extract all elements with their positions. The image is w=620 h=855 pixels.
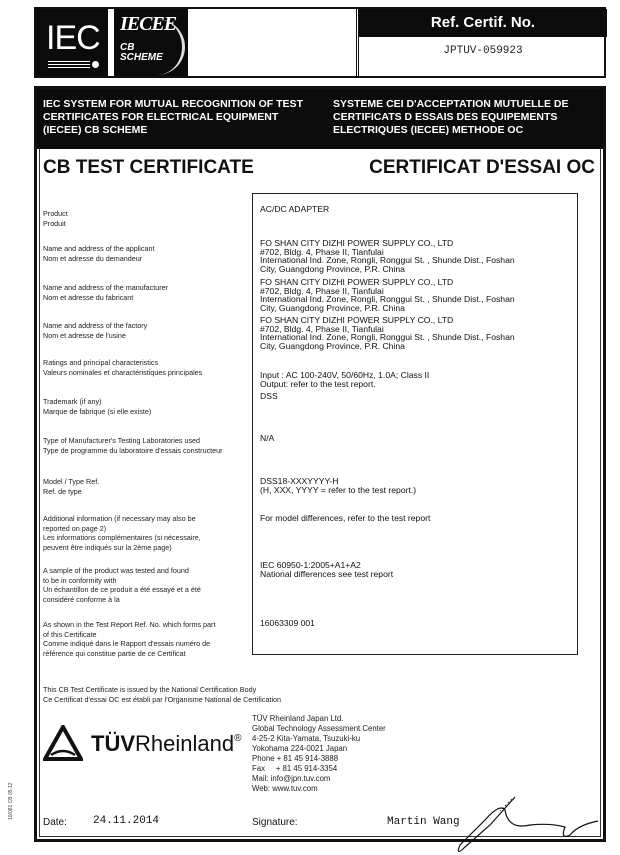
field-value-line: National differences see test report [260, 570, 570, 579]
field-label-line: Name and address of the factory [43, 321, 253, 331]
field-value: FO SHAN CITY DIZHI POWER SUPPLY CO., LTD… [260, 278, 570, 312]
iec-logo-text: IEC [46, 19, 100, 58]
field-label: Name and address of the applicantNom et … [43, 244, 253, 263]
field-label-line: Les informations complémentaires (si néc… [43, 533, 253, 543]
address-line: Fax + 81 45 914-3354 [252, 764, 386, 774]
field-label-line: of this Certificate [43, 630, 253, 640]
tuv-rest: Rheinland [135, 731, 234, 756]
field-value: For model differences, refer to the test… [260, 514, 570, 523]
field-value-line: Output: refer to the test report. [260, 380, 570, 389]
address-line: Mail: info@jpn.tuv.com [252, 774, 386, 784]
field-label-line: Trademark (if any) [43, 397, 253, 407]
field-label-line: Model / Type Ref. [43, 477, 253, 487]
field-label: ProductProduit [43, 209, 253, 228]
field-label: Ratings and principal characteristicsVal… [43, 358, 253, 377]
field-label-line: Comme indiqué dans le Rapport d'essais n… [43, 639, 253, 649]
iec-logo-lines [48, 61, 90, 69]
handwritten-signature [440, 785, 610, 855]
issued-by-statement: This CB Test Certificate is issued by th… [43, 685, 281, 704]
field-label-line: Nom et adresse du demandeur [43, 254, 253, 264]
field-label-line: As shown in the Test Report Ref. No. whi… [43, 620, 253, 630]
field-value: DSS18-XXXYYYY-H(H, XXX, YYYY = refer to … [260, 477, 570, 494]
field-label-line: Un échantillon de ce produit a été essay… [43, 585, 253, 595]
logo-arc [148, 19, 185, 75]
logo-separator [108, 9, 114, 76]
field-label-line: Nom et adresse de l'usine [43, 331, 253, 341]
field-label-line: Ref. de type [43, 487, 253, 497]
field-value-line: AC/DC ADAPTER [260, 205, 570, 214]
issued-line: This CB Test Certificate is issued by th… [43, 685, 281, 695]
field-value-line: DSS [260, 392, 570, 401]
field-label-line: considéré conforme à la [43, 595, 253, 605]
title-french: CERTIFICAT D'ESSAI OC [369, 157, 595, 179]
field-value-line: City, Guangdong Province, P.R. China [260, 342, 570, 351]
field-label-line: Valeurs nominales et charactéristiques p… [43, 368, 253, 378]
field-label: As shown in the Test Report Ref. No. whi… [43, 620, 253, 658]
address-line: Phone + 81 45 914-3888 [252, 754, 386, 764]
field-label-line: Name and address of the manufacturer [43, 283, 253, 293]
field-label-line: to be in conformity with [43, 576, 253, 586]
field-label: Model / Type Ref.Ref. de type [43, 477, 253, 496]
scheme-banner: IEC SYSTEM FOR MUTUAL RECOGNITION OF TES… [37, 89, 603, 149]
field-value: AC/DC ADAPTER [260, 205, 570, 214]
field-label: Trademark (if any)Marque de fabrique (si… [43, 397, 253, 416]
field-value-line: N/A [260, 434, 570, 443]
address-line: Yokohama 224-0021 Japan [252, 744, 386, 754]
tuv-wordmark: TÜVRheinland® [91, 731, 241, 757]
registered-mark: ® [234, 733, 241, 744]
banner-line: IEC SYSTEM FOR MUTUAL RECOGNITION OF TES… [43, 98, 313, 111]
field-label-line: Type de programme du laboratoire d'essai… [43, 446, 253, 456]
date-label: Date: [43, 817, 67, 828]
tuv-rheinland-logo: TÜVRheinland® [43, 725, 253, 761]
field-value-line: 16063309 001 [260, 619, 570, 628]
banner-line: CERTIFICATS D ESSAIS DES EQUIPEMENTS [333, 111, 603, 124]
field-label: Name and address of the manufacturerNom … [43, 283, 253, 302]
field-label-line: Product [43, 209, 253, 219]
form-code: 10/081 CB 05.12 [8, 782, 14, 820]
iec-iecee-logo: IEC IECEE CB SCHEME [36, 9, 188, 76]
certificate-body: IEC SYSTEM FOR MUTUAL RECOGNITION OF TES… [34, 86, 606, 842]
field-label: Name and address of the factoryNom et ad… [43, 321, 253, 340]
signature-label: Signature: [252, 817, 298, 828]
banner-french: SYSTEME CEI D'ACCEPTATION MUTUELLE DE CE… [333, 98, 603, 137]
field-value: 16063309 001 [260, 619, 570, 628]
field-value-line: For model differences, refer to the test… [260, 514, 570, 523]
field-label-line: Additional information (if necessary may… [43, 514, 253, 524]
field-label-line: A sample of the product was tested and f… [43, 566, 253, 576]
tuv-triangle-icon [43, 725, 83, 761]
banner-english: IEC SYSTEM FOR MUTUAL RECOGNITION OF TES… [43, 98, 313, 137]
field-value: Input : AC 100-240V, 50/60Hz, 1.0A; Clas… [260, 371, 570, 388]
field-label-line: Ratings and principal characteristics [43, 358, 253, 368]
field-value-line: City, Guangdong Province, P.R. China [260, 304, 570, 313]
issued-line: Ce Certificat d'essai OC est établi par … [43, 695, 281, 705]
tuv-bold: TÜV [91, 731, 135, 756]
field-value: IEC 60950-1:2005+A1+A2National differenc… [260, 561, 570, 578]
banner-line: CERTIFICATES FOR ELECTRICAL EQUIPMENT [43, 111, 313, 124]
field-value: FO SHAN CITY DIZHI POWER SUPPLY CO., LTD… [260, 239, 570, 273]
address-line: 4-25-2 Kita-Yamata, Tsuzuki-ku [252, 734, 386, 744]
ref-certificate-label: Ref. Certif. No. [359, 9, 607, 37]
title-english: CB TEST CERTIFICATE [43, 157, 254, 179]
banner-line: SYSTEME CEI D'ACCEPTATION MUTUELLE DE [333, 98, 603, 111]
date-value: 24.11.2014 [93, 815, 159, 827]
certificate-header: IEC IECEE CB SCHEME Ref. Certif. No. JPT… [34, 7, 606, 78]
field-label: Additional information (if necessary may… [43, 514, 253, 552]
field-value-line: (H, XXX, YYYY = refer to the test report… [260, 486, 570, 495]
field-label-line: référence qui constitue partie de ce Cer… [43, 649, 253, 659]
address-line: TÜV Rheinland Japan Ltd. [252, 714, 386, 724]
ref-certificate-number: JPTUV-059923 [359, 37, 607, 57]
field-label-line: Nom et adresse du fabricant [43, 293, 253, 303]
field-value: DSS [260, 392, 570, 401]
field-label-line: reported on page 2) [43, 524, 253, 534]
field-label-line: Type of Manufacturer's Testing Laborator… [43, 436, 253, 446]
iec-logo-dot [92, 61, 99, 68]
field-label: Type of Manufacturer's Testing Laborator… [43, 436, 253, 455]
field-label-line: peuvent être indiqués sur la 2ème page) [43, 543, 253, 553]
field-label: A sample of the product was tested and f… [43, 566, 253, 604]
field-label-line: Produit [43, 219, 253, 229]
ref-certificate-box: Ref. Certif. No. JPTUV-059923 [356, 9, 607, 76]
field-label-line: Name and address of the applicant [43, 244, 253, 254]
field-value: N/A [260, 434, 570, 443]
field-label-line: Marque de fabrique (si elle existe) [43, 407, 253, 417]
address-line: Web: www.tuv.com [252, 784, 386, 794]
banner-line: (IECEE) CB SCHEME [43, 124, 313, 137]
banner-line: ELECTRIQUES (IECEE) METHODE OC [333, 124, 603, 137]
address-line: Global Technology Assessment Center [252, 724, 386, 734]
issuer-address: TÜV Rheinland Japan Ltd. Global Technolo… [252, 714, 386, 794]
field-value-line: City, Guangdong Province, P.R. China [260, 265, 570, 274]
field-value: FO SHAN CITY DIZHI POWER SUPPLY CO., LTD… [260, 316, 570, 350]
